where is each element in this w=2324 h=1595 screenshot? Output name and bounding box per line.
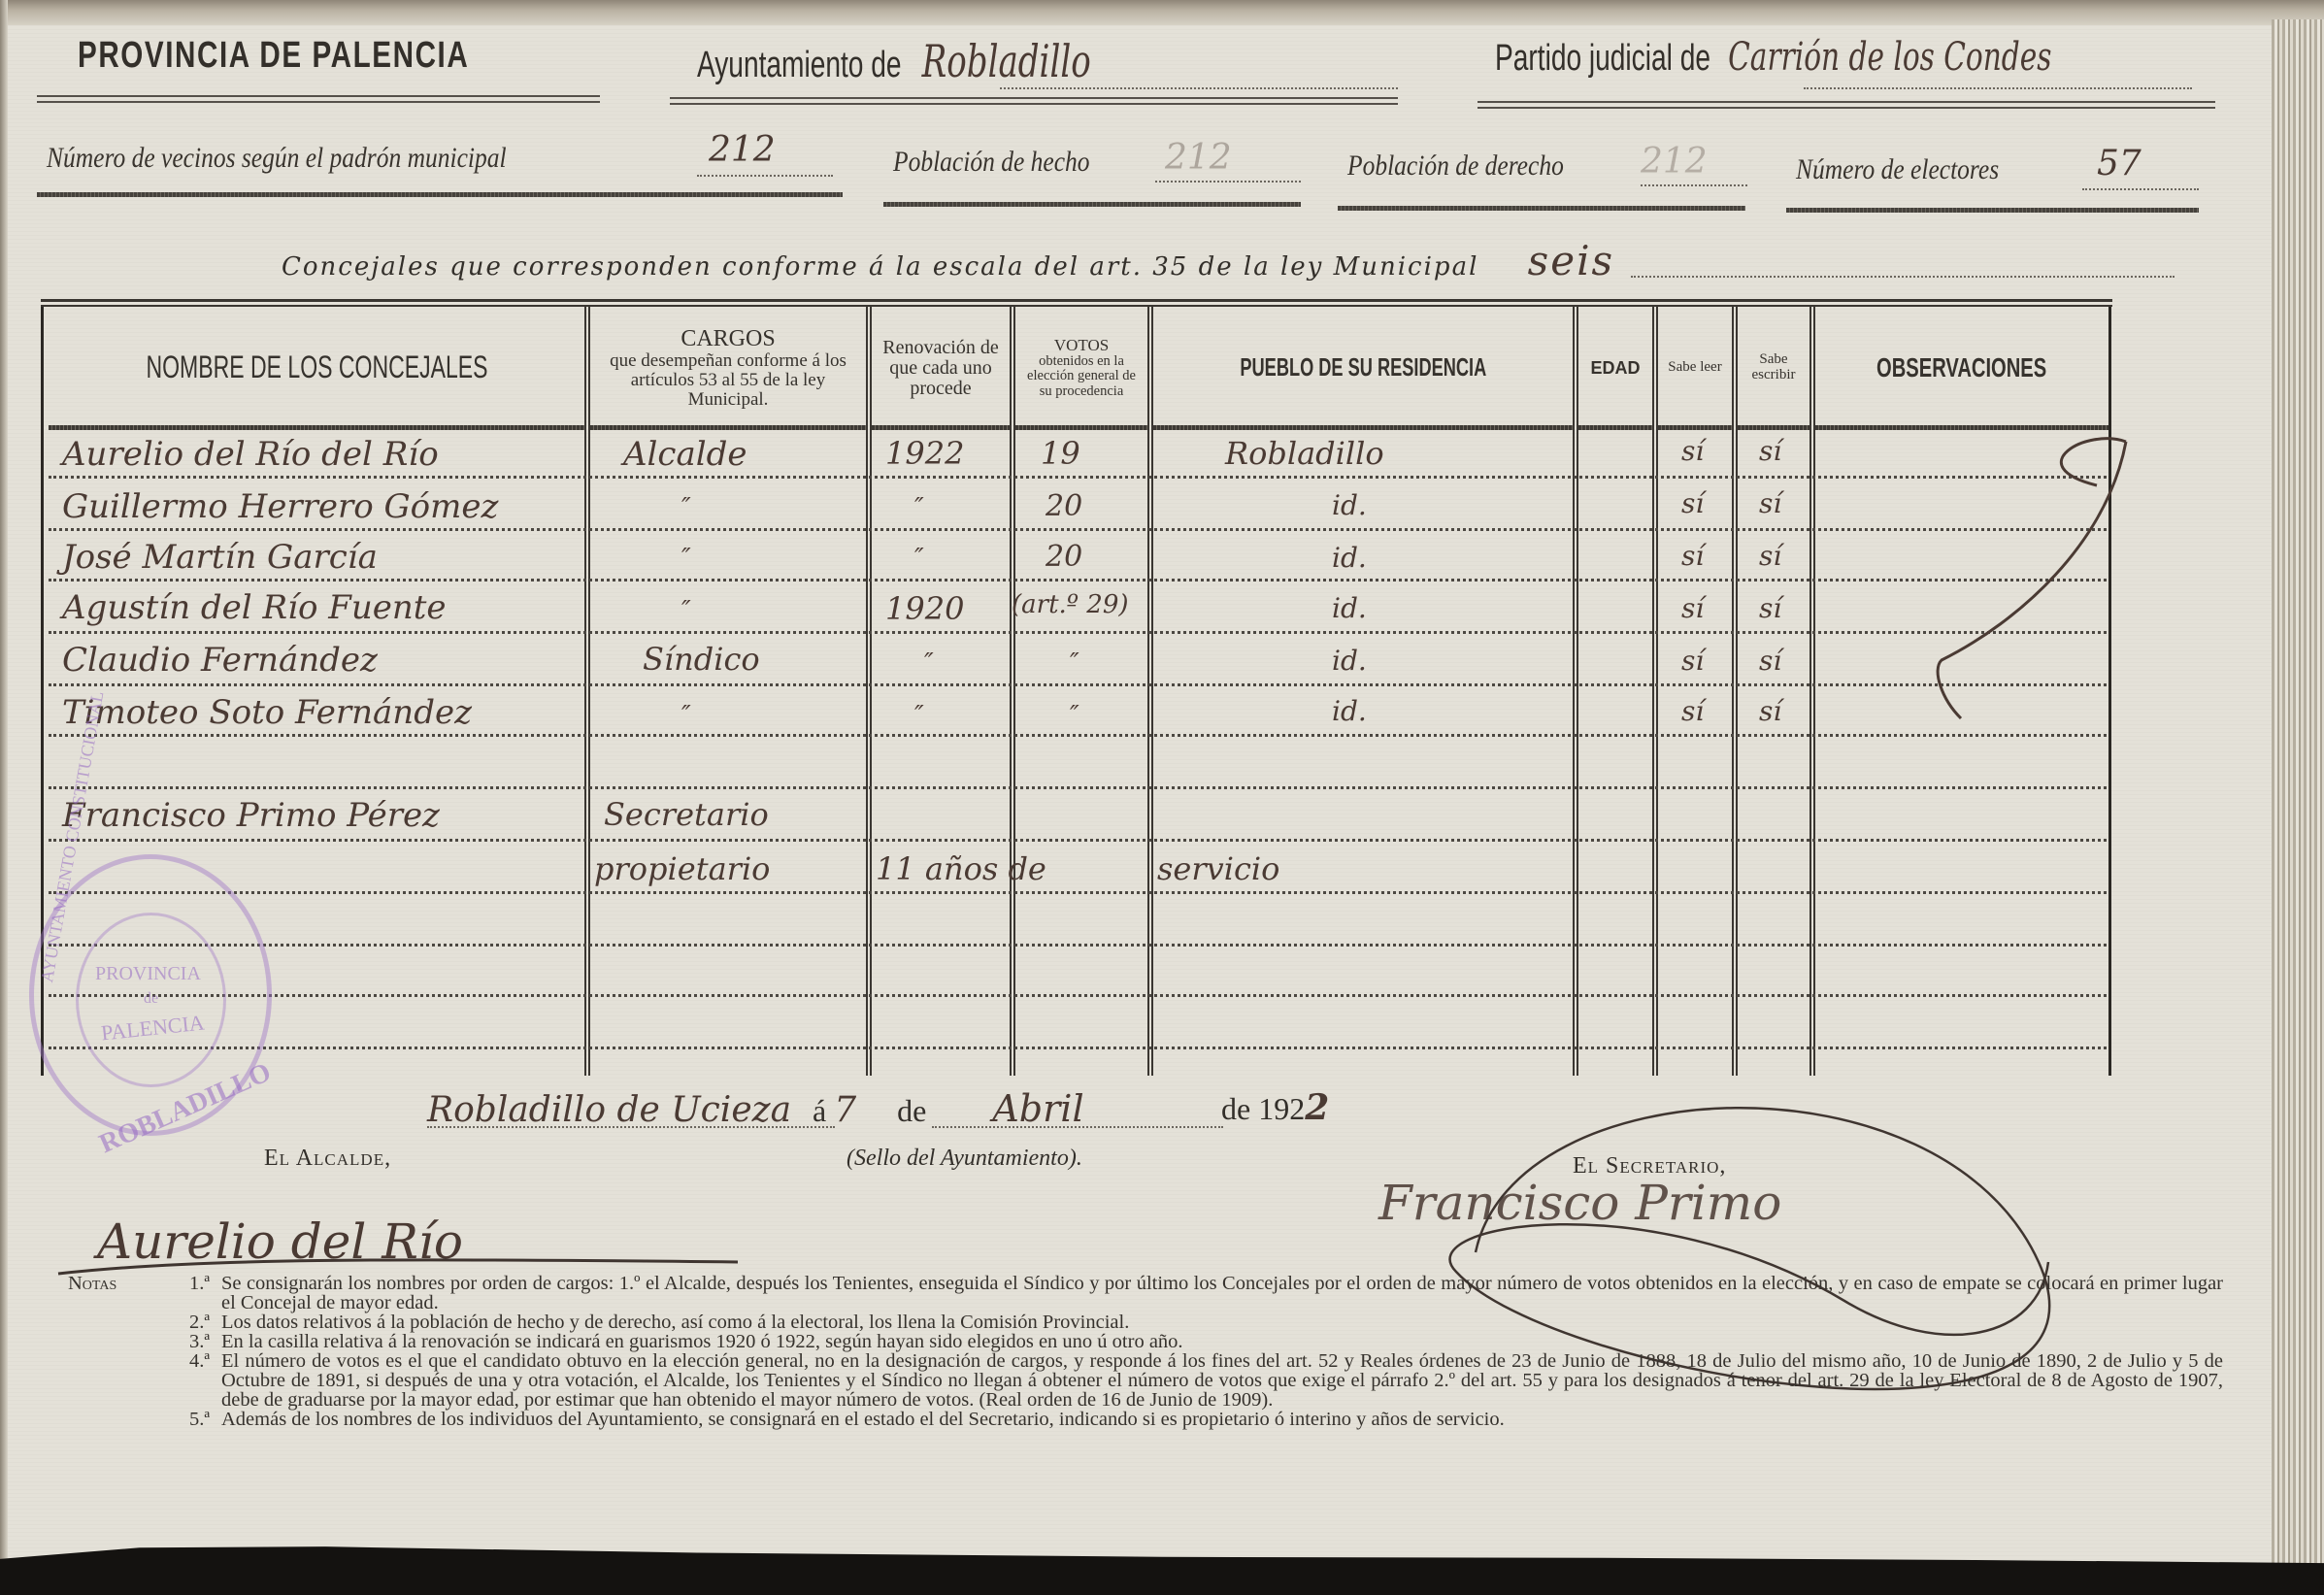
note-item: 3.ª En la casilla relativa á la renovaci… xyxy=(68,1332,2223,1351)
notes-label: Notas xyxy=(68,1274,165,1313)
cell-sabe-leer: sí xyxy=(1681,695,1704,727)
concejales-label: Concejales que corresponden conforme á l… xyxy=(282,252,1478,282)
month-value: Abril xyxy=(992,1087,1083,1130)
hecho-dotted-line xyxy=(1155,181,1301,183)
month-dotted-line xyxy=(932,1126,1223,1128)
column-divider xyxy=(1652,307,1658,1076)
row-rule xyxy=(49,944,2107,947)
row-rule xyxy=(49,476,2107,479)
header-observaciones: OBSERVACIONES xyxy=(1815,315,2108,421)
concejales-value: seis xyxy=(1528,237,1614,284)
document-page: PROVINCIA DE PALENCIA Ayuntamiento de Ro… xyxy=(0,0,2324,1595)
header-cargos-title: CARGOS xyxy=(681,327,775,351)
year-field: de 1922 xyxy=(1221,1087,1329,1128)
stats-rule xyxy=(1786,208,2199,213)
header-rule xyxy=(590,425,866,430)
header-pueblo: PUEBLO DE SU RESIDENCIA xyxy=(1153,315,1573,421)
notes-spacer xyxy=(68,1332,165,1351)
year-prefix: de 192 xyxy=(1221,1091,1305,1126)
cell-votos: 19 xyxy=(1041,435,1080,472)
vecinos-label: Número de vecinos según el padrón munici… xyxy=(47,142,507,175)
vecinos-value: 212 xyxy=(709,130,776,170)
column-divider xyxy=(1732,307,1738,1076)
stamp-provincia: PROVINCIA xyxy=(95,963,201,985)
cell-nombre: Claudio Fernández xyxy=(62,641,378,680)
vecinos-dotted-line xyxy=(697,175,833,177)
notes-section: Notas 1.ª Se consignarán los nombres por… xyxy=(68,1274,2223,1429)
electores-label: Número de electores xyxy=(1796,153,1999,186)
cell-detalle-anos: 11 años de xyxy=(876,850,1046,887)
cell-votos: 20 xyxy=(1046,540,1082,574)
stats-rule xyxy=(37,192,843,197)
cell-renovacion: ″ xyxy=(914,544,924,573)
cell-nombre: Timoteo Soto Fernández xyxy=(62,693,472,732)
stats-rule xyxy=(883,202,1301,207)
alcalde-signature: Aurelio del Río xyxy=(97,1213,463,1270)
concejales-dotted-line xyxy=(1631,276,2175,278)
partido-label: Partido judicial de xyxy=(1495,38,1710,79)
provincia-heading: PROVINCIA DE PALENCIA xyxy=(78,35,469,77)
note-text: Además de los nombres de los individuos … xyxy=(221,1410,2223,1429)
cell-renovacion: 1922 xyxy=(885,435,964,472)
cell-sabe-escribir: sí xyxy=(1759,487,1781,519)
derecho-label: Población de derecho xyxy=(1347,150,1564,183)
cell-pueblo: id. xyxy=(1332,542,1367,574)
book-page-stack xyxy=(2272,19,2324,1573)
header-rule xyxy=(1658,425,1732,430)
stats-rule xyxy=(1338,206,1745,211)
cell-sabe-leer: sí xyxy=(1681,487,1704,519)
cell-votos: ″ xyxy=(1070,701,1079,730)
note-item: 5.ª Además de los nombres de los individ… xyxy=(68,1410,2223,1429)
row-rule xyxy=(49,631,2107,634)
cell-sabe-escribir: sí xyxy=(1759,592,1781,624)
header-nombre: NOMBRE DE LOS CONCEJALES xyxy=(49,315,584,421)
concejales-table: NOMBRE DE LOS CONCEJALES CARGOS que dese… xyxy=(41,299,2112,1076)
electores-dotted-line xyxy=(2082,188,2199,190)
cell-pueblo: id. xyxy=(1332,489,1367,521)
place-date-line: Robladillo de Ucieza á 7 de Abril xyxy=(427,1087,1084,1130)
cell-sabe-leer: sí xyxy=(1681,592,1704,624)
alcalde-label: El Alcalde, xyxy=(264,1146,391,1172)
header-cargos: CARGOS que desempeñan conforme á los art… xyxy=(590,315,866,421)
cell-votos: (art.º 29) xyxy=(1012,590,1129,619)
row-rule xyxy=(49,528,2107,531)
cell-votos: ″ xyxy=(1070,648,1079,678)
cell-cargo: ″ xyxy=(681,493,691,522)
a-label: á xyxy=(813,1093,826,1128)
table-top-rule xyxy=(41,299,2112,307)
cell-nombre: Agustín del Río Fuente xyxy=(62,588,447,627)
header-rule xyxy=(37,95,600,103)
row-rule xyxy=(49,579,2107,582)
cell-cargo: Alcalde xyxy=(623,435,747,474)
cell-sabe-escribir: sí xyxy=(1759,695,1781,727)
row-rule xyxy=(49,891,2107,894)
table-border-right xyxy=(2108,307,2113,1076)
cell-cargo: ″ xyxy=(681,701,691,730)
header-rule xyxy=(670,97,1398,105)
hecho-value: 212 xyxy=(1165,138,1232,178)
cell-pueblo: Robladillo xyxy=(1225,435,1384,472)
column-divider xyxy=(1010,307,1015,1076)
cell-sabe-escribir: sí xyxy=(1759,435,1781,467)
cell-sabe-leer: sí xyxy=(1681,540,1704,572)
header-renovacion: Renovación de que cada uno procede xyxy=(872,315,1010,421)
cell-nombre: Francisco Primo Pérez xyxy=(62,796,440,835)
cell-nombre: Guillermo Herrero Gómez xyxy=(62,487,498,526)
cell-renovacion: ″ xyxy=(914,493,924,522)
header-pueblo-text: PUEBLO DE SU RESIDENCIA xyxy=(1240,354,1486,381)
header-edad: EDAD xyxy=(1578,315,1652,421)
partido-dotted-line xyxy=(1804,87,2192,89)
header-votos-sub: obtenidos en la elección general de su p… xyxy=(1015,354,1147,399)
header-rule xyxy=(1015,425,1147,430)
place-value: Robladillo de Ucieza xyxy=(427,1090,791,1130)
ayuntamiento-value: Robladillo xyxy=(922,35,1091,87)
row-rule xyxy=(49,1047,2107,1049)
cell-renovacion: 1920 xyxy=(885,590,964,627)
note-item: Notas 1.ª Se consignarán los nombres por… xyxy=(68,1274,2223,1313)
header-observaciones-text: OBSERVACIONES xyxy=(1876,353,2046,382)
notes-spacer xyxy=(68,1313,165,1332)
cell-sabe-leer: sí xyxy=(1681,645,1704,677)
cell-pueblo: id. xyxy=(1332,695,1367,727)
electores-value: 57 xyxy=(2097,144,2141,183)
header-rule xyxy=(1153,425,1573,430)
cell-pueblo: id. xyxy=(1332,592,1367,624)
sello-label: (Sello del Ayuntamiento). xyxy=(847,1146,1082,1172)
note-number: 3.ª xyxy=(165,1332,221,1351)
note-text: En la casilla relativa á la renovación s… xyxy=(221,1332,2223,1351)
partido-field: Partido judicial de Carrión de los Conde… xyxy=(1495,35,2051,80)
note-item: 4.ª El número de votos es el que el cand… xyxy=(68,1351,2223,1410)
ayuntamiento-field: Ayuntamiento de Robladillo xyxy=(697,35,1091,87)
cell-detalle-propietario: propietario xyxy=(594,850,770,887)
cell-detalle-servicio: servicio xyxy=(1157,850,1279,887)
cell-cargo: ″ xyxy=(681,596,691,625)
day-value: 7 xyxy=(834,1090,856,1130)
row-rule xyxy=(49,734,2107,737)
cell-nombre: José Martín García xyxy=(62,538,378,577)
cell-renovacion: ″ xyxy=(914,701,924,730)
column-divider xyxy=(1809,307,1815,1076)
column-divider xyxy=(1573,307,1578,1076)
secretario-signature: Francisco Primo xyxy=(1378,1175,1781,1231)
cell-renovacion: ″ xyxy=(924,648,934,678)
note-item: 2.ª Los datos relativos á la población d… xyxy=(68,1313,2223,1332)
cell-sabe-escribir: sí xyxy=(1759,645,1781,677)
book-shadow xyxy=(0,1544,2324,1595)
cell-votos: 20 xyxy=(1046,489,1082,523)
partido-value: Carrión de los Condes xyxy=(1728,35,2051,80)
row-rule xyxy=(49,994,2107,997)
cell-cargo: Secretario xyxy=(604,796,769,833)
header-rule xyxy=(49,425,584,430)
note-number: 5.ª xyxy=(165,1410,221,1429)
header-sabe-escribir: Sabe escribir xyxy=(1738,315,1809,421)
row-rule xyxy=(49,786,2107,789)
cell-sabe-escribir: sí xyxy=(1759,540,1781,572)
header-nombre-text: NOMBRE DE LOS CONCEJALES xyxy=(146,351,487,384)
header-rule xyxy=(1578,425,1652,430)
header-votos: VOTOS obtenidos en la elección general d… xyxy=(1015,315,1147,421)
note-number: 2.ª xyxy=(165,1313,221,1332)
note-number: 4.ª xyxy=(165,1351,221,1410)
row-rule xyxy=(49,683,2107,686)
cell-cargo: Síndico xyxy=(643,641,760,678)
cell-sabe-leer: sí xyxy=(1681,435,1704,467)
note-text: Se consignarán los nombres por orden de … xyxy=(221,1274,2223,1313)
row-rule xyxy=(49,839,2107,842)
year-suffix: 2 xyxy=(1305,1087,1329,1128)
derecho-value: 212 xyxy=(1641,142,1708,182)
concejales-line: Concejales que corresponden conforme á l… xyxy=(282,237,1614,284)
notes-spacer xyxy=(68,1410,165,1429)
header-rule xyxy=(1815,425,2108,430)
header-rule xyxy=(1738,425,1809,430)
notes-spacer xyxy=(68,1351,165,1410)
book-top-edge xyxy=(0,0,2324,25)
column-divider xyxy=(584,307,590,1076)
header-rule xyxy=(872,425,1010,430)
note-number: 1.ª xyxy=(165,1274,221,1313)
cell-pueblo: id. xyxy=(1332,645,1367,677)
note-text: El número de votos es el que el candidat… xyxy=(221,1351,2223,1410)
header-votos-title: VOTOS xyxy=(1054,337,1109,354)
place-dotted-line xyxy=(427,1126,835,1128)
ayuntamiento-dotted-line xyxy=(1000,87,1398,89)
note-text: Los datos relativos á la población de he… xyxy=(221,1313,2223,1332)
cell-nombre: Aurelio del Río del Río xyxy=(62,435,439,474)
de-label: de xyxy=(897,1093,926,1128)
column-divider xyxy=(1147,307,1153,1076)
column-divider xyxy=(866,307,872,1076)
header-rule xyxy=(1477,101,2215,109)
cell-cargo: ″ xyxy=(681,544,691,573)
book-left-edge xyxy=(0,0,8,1595)
header-sabe-leer: Sabe leer xyxy=(1658,315,1732,421)
hecho-label: Población de hecho xyxy=(893,146,1090,179)
stamp-de: de xyxy=(144,990,158,1008)
derecho-dotted-line xyxy=(1641,184,1747,186)
ayuntamiento-label: Ayuntamiento de xyxy=(697,45,902,85)
header-cargos-sub: que desempeñan conforme á los artículos … xyxy=(590,351,866,410)
